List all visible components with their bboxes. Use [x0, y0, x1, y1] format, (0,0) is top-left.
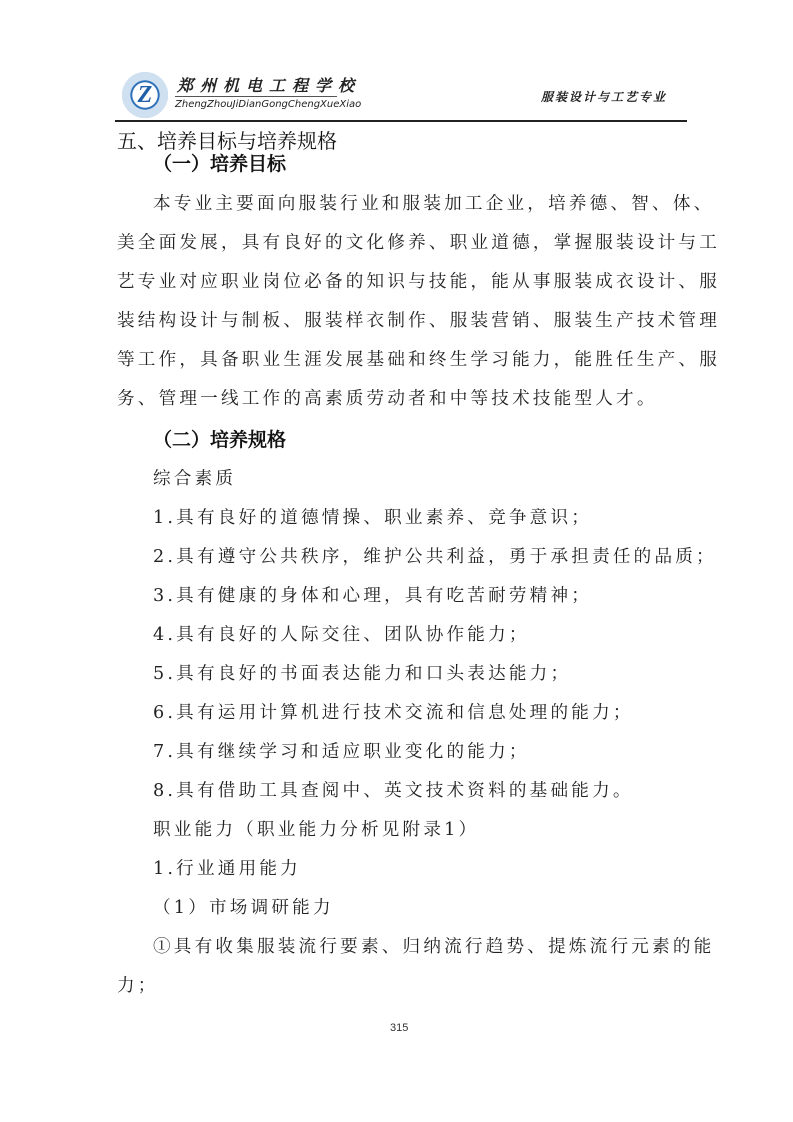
quality-item: 1.具有良好的道德情操、职业素养、竞争意识；: [153, 504, 592, 529]
ability-item-line: ①具有收集服装流行要素、归纳流行趋势、提炼流行元素的能: [153, 933, 714, 958]
page-number: 315: [390, 1022, 408, 1034]
paragraph-line: 务、管理一线工作的高素质劳动者和中等技术技能型人才。: [117, 385, 658, 410]
quality-item: 2.具有遵守公共秩序，维护公共利益，勇于承担责任的品质；: [153, 543, 717, 568]
quality-item: 8.具有借助工具查阅中、英文技术资料的基础能力。: [153, 777, 634, 802]
paragraph-line: 本专业主要面向服装行业和服装加工企业，培养德、智、体、: [153, 190, 714, 215]
school-name-cn: 郑州机电工程学校: [177, 73, 361, 96]
school-name-en: ZhengZhouJiDianGongChengXueXiao: [175, 99, 361, 110]
subsection-title-specs: （二）培养规格: [153, 425, 286, 452]
header-divider: [115, 120, 687, 122]
quality-item: 7.具有继续学习和适应职业变化的能力；: [153, 738, 530, 763]
school-name-divider: [175, 96, 337, 97]
major-name: 服装设计与工艺专业: [541, 88, 667, 105]
logo-glyph: Z: [122, 72, 168, 118]
quality-item: 5.具有良好的书面表达能力和口头表达能力；: [153, 660, 571, 685]
paragraph-line: 装结构设计与制板、服装样衣制作、服装营销、服装生产技术管理: [117, 307, 720, 332]
quality-item: 3.具有健康的身体和心理，具有吃苦耐劳精神；: [153, 582, 592, 607]
quality-item: 4.具有良好的人际交往、团队协作能力；: [153, 621, 530, 646]
ability-subheading: 1.行业通用能力: [153, 855, 301, 880]
ability-subsubheading: （1）市场调研能力: [153, 894, 334, 919]
school-logo-icon: Z: [122, 72, 168, 118]
subsection-title-goals: （一）培养目标: [153, 149, 286, 176]
ability-heading: 职业能力（职业能力分析见附录1）: [153, 816, 479, 841]
page-header: Z 郑州机电工程学校 ZhengZhouJiDianGongChengXueXi…: [115, 66, 687, 120]
paragraph-line: 艺专业对应职业岗位必备的知识与技能，能从事服装成衣设计、服: [117, 268, 720, 293]
ability-item-line: 力；: [117, 972, 159, 997]
paragraph-line: 等工作，具备职业生涯发展基础和终生学习能力，能胜任生产、服: [117, 346, 720, 371]
quality-item: 6.具有运用计算机进行技术交流和信息处理的能力；: [153, 699, 634, 724]
quality-heading: 综合素质: [153, 465, 236, 490]
paragraph-line: 美全面发展，具有良好的文化修养、职业道德，掌握服装设计与工: [117, 229, 720, 254]
